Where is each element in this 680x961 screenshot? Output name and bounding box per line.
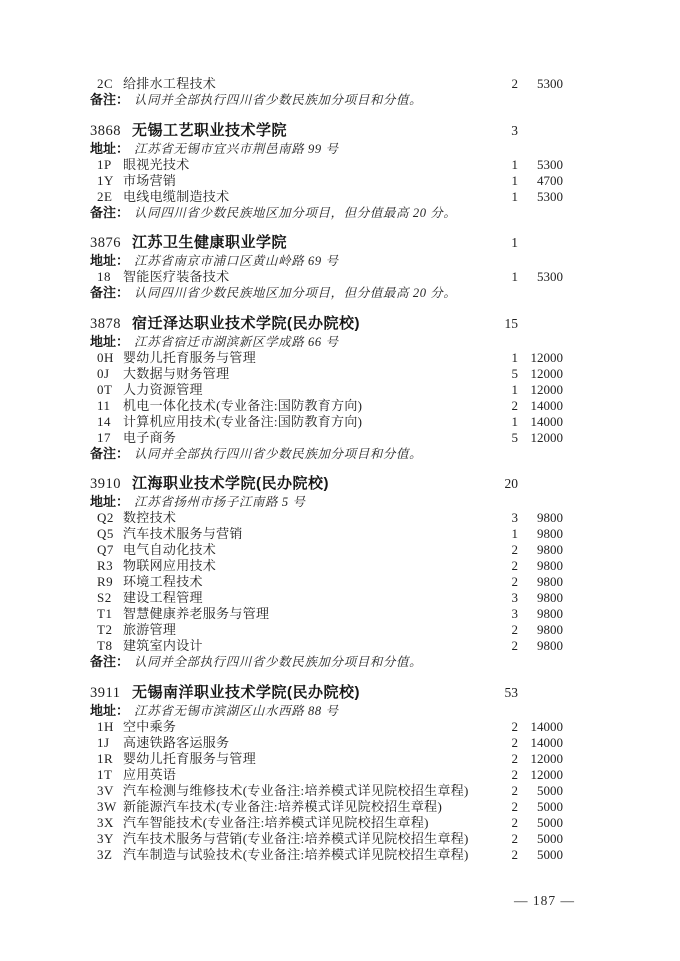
major-count: 1 bbox=[486, 382, 518, 398]
major-count: 2 bbox=[486, 767, 518, 783]
major-fee: 12000 bbox=[518, 350, 563, 366]
major-row: 3Y 汽车技术服务与营销(专业备注:培养模式详见院校招生章程) 2 5000 bbox=[90, 831, 563, 847]
major-code: 1H bbox=[97, 719, 117, 735]
school-header-row: 3876 江苏卫生健康职业学院 1 bbox=[90, 233, 563, 253]
major-code: Q5 bbox=[97, 526, 117, 542]
major-code: 11 bbox=[97, 398, 117, 414]
major-fee: 9800 bbox=[518, 590, 563, 606]
major-row: 0T 人力资源管理 1 12000 bbox=[90, 382, 563, 398]
address-text: 江苏省无锡市滨湖区山水西路 88 号 bbox=[134, 703, 339, 719]
major-fee: 9800 bbox=[518, 638, 563, 654]
address-label: 地址： bbox=[90, 334, 129, 350]
address-row: 地址： 江苏省无锡市滨湖区山水西路 88 号 bbox=[90, 703, 563, 719]
major-name: 空中乘务 bbox=[117, 719, 486, 735]
remark-label: 备注： bbox=[90, 205, 129, 222]
school-name: 江苏卫生健康职业学院 bbox=[132, 233, 486, 253]
major-name: 给排水工程技术 bbox=[117, 76, 486, 92]
major-name: 旅游管理 bbox=[117, 622, 486, 638]
major-row: 1J 高速铁路客运服务 2 14000 bbox=[90, 735, 563, 751]
major-count: 2 bbox=[486, 542, 518, 558]
remark-text: 认同并全部执行四川省少数民族加分项目和分值。 bbox=[134, 654, 422, 671]
major-name: 计算机应用技术(专业备注:国防教育方向) bbox=[117, 414, 486, 430]
school-plan-count: 53 bbox=[486, 683, 518, 703]
major-name: 汽车制造与试验技术(专业备注:培养模式详见院校招生章程) bbox=[117, 847, 486, 863]
major-count: 2 bbox=[486, 622, 518, 638]
major-count: 2 bbox=[486, 398, 518, 414]
major-code: 18 bbox=[97, 269, 117, 285]
major-name: 建设工程管理 bbox=[117, 590, 486, 606]
major-row: 17 电子商务 5 12000 bbox=[90, 430, 563, 446]
school-code: 3878 bbox=[90, 314, 124, 334]
major-fee: 9800 bbox=[518, 542, 563, 558]
school-plan-count: 1 bbox=[486, 233, 518, 253]
major-list: 1H 空中乘务 2 14000 1J 高速铁路客运服务 2 14000 1R 婴… bbox=[90, 719, 563, 863]
major-count: 2 bbox=[486, 783, 518, 799]
major-fee: 5000 bbox=[518, 815, 563, 831]
school-section: 3910 江海职业技术学院(民办院校) 20 地址： 江苏省扬州市扬子江南路 5… bbox=[90, 474, 563, 671]
major-fee: 9800 bbox=[518, 606, 563, 622]
major-code: R9 bbox=[97, 574, 117, 590]
major-row: 1T 应用英语 2 12000 bbox=[90, 767, 563, 783]
major-row: 1Y 市场营销 1 4700 bbox=[90, 173, 563, 189]
school-header-row: 3878 宿迁泽达职业技术学院(民办院校) 15 bbox=[90, 314, 563, 334]
address-row: 地址： 江苏省南京市浦口区黄山岭路 69 号 bbox=[90, 253, 563, 269]
major-code: S2 bbox=[97, 590, 117, 606]
school-code: 3868 bbox=[90, 121, 124, 141]
major-row: T1 智慧健康养老服务与管理 3 9800 bbox=[90, 606, 563, 622]
major-fee: 12000 bbox=[518, 430, 563, 446]
major-code: 17 bbox=[97, 430, 117, 446]
major-code: 3V bbox=[97, 783, 117, 799]
remark-text: 认同四川省少数民族地区加分项目，但分值最高 20 分。 bbox=[134, 205, 456, 222]
remark-text: 认同并全部执行四川省少数民族加分项目和分值。 bbox=[134, 446, 422, 463]
major-row: R3 物联网应用技术 2 9800 bbox=[90, 558, 563, 574]
major-count: 2 bbox=[486, 558, 518, 574]
major-name: 机电一体化技术(专业备注:国防教育方向) bbox=[117, 398, 486, 414]
major-count: 2 bbox=[486, 638, 518, 654]
major-row: Q2 数控技术 3 9800 bbox=[90, 510, 563, 526]
major-fee: 14000 bbox=[518, 398, 563, 414]
major-name: 眼视光技术 bbox=[117, 157, 486, 173]
major-row: Q5 汽车技术服务与营销 1 9800 bbox=[90, 526, 563, 542]
major-code: 1R bbox=[97, 751, 117, 767]
major-count: 3 bbox=[486, 606, 518, 622]
school-plan-count: 20 bbox=[486, 474, 518, 494]
school-header-row: 3910 江海职业技术学院(民办院校) 20 bbox=[90, 474, 563, 494]
major-count: 2 bbox=[486, 719, 518, 735]
major-row: 3W 新能源汽车技术(专业备注:培养模式详见院校招生章程) 2 5000 bbox=[90, 799, 563, 815]
major-row: 3X 汽车智能技术(专业备注:培养模式详见院校招生章程) 2 5000 bbox=[90, 815, 563, 831]
major-code: 2C bbox=[97, 76, 117, 92]
major-row: 14 计算机应用技术(专业备注:国防教育方向) 1 14000 bbox=[90, 414, 563, 430]
major-row: 0J 大数据与财务管理 5 12000 bbox=[90, 366, 563, 382]
major-row: T2 旅游管理 2 9800 bbox=[90, 622, 563, 638]
remark-label: 备注： bbox=[90, 446, 129, 463]
major-code: 2E bbox=[97, 189, 117, 205]
major-row: 2E 电线电缆制造技术 1 5300 bbox=[90, 189, 563, 205]
major-count: 2 bbox=[486, 815, 518, 831]
major-fee: 14000 bbox=[518, 414, 563, 430]
major-code: 0J bbox=[97, 366, 117, 382]
major-row: 11 机电一体化技术(专业备注:国防教育方向) 2 14000 bbox=[90, 398, 563, 414]
address-text: 江苏省扬州市扬子江南路 5 号 bbox=[134, 494, 306, 510]
address-label: 地址： bbox=[90, 494, 129, 510]
major-count: 1 bbox=[486, 189, 518, 205]
major-fee: 9800 bbox=[518, 526, 563, 542]
remark-row: 备注： 认同四川省少数民族地区加分项目，但分值最高 20 分。 bbox=[90, 205, 563, 222]
major-name: 汽车技术服务与营销 bbox=[117, 526, 486, 542]
school-plan-count: 15 bbox=[486, 314, 518, 334]
major-code: 3X bbox=[97, 815, 117, 831]
major-count: 3 bbox=[486, 590, 518, 606]
major-fee: 5300 bbox=[518, 269, 563, 285]
major-code: 0H bbox=[97, 350, 117, 366]
major-list: 1P 眼视光技术 1 5300 1Y 市场营销 1 4700 2E 电线电缆制造… bbox=[90, 157, 563, 205]
document-content: 2C 给排水工程技术 2 5300 备注：认同并全部执行四川省少数民族加分项目和… bbox=[90, 76, 563, 863]
major-name: 物联网应用技术 bbox=[117, 558, 486, 574]
major-name: 电气自动化技术 bbox=[117, 542, 486, 558]
major-row: 1R 婴幼儿托育服务与管理 2 12000 bbox=[90, 751, 563, 767]
address-text: 江苏省宿迁市湖滨新区学成路 66 号 bbox=[134, 334, 339, 350]
major-name: 高速铁路客运服务 bbox=[117, 735, 486, 751]
major-fee: 5300 bbox=[518, 157, 563, 173]
major-list: Q2 数控技术 3 9800 Q5 汽车技术服务与营销 1 9800 Q7 电气… bbox=[90, 510, 563, 654]
major-code: 3Z bbox=[97, 847, 117, 863]
major-code: R3 bbox=[97, 558, 117, 574]
major-count: 2 bbox=[486, 76, 518, 92]
major-name: 智慧健康养老服务与管理 bbox=[117, 606, 486, 622]
document-page: 2C 给排水工程技术 2 5300 备注：认同并全部执行四川省少数民族加分项目和… bbox=[0, 0, 680, 961]
school-plan-count: 3 bbox=[486, 121, 518, 141]
address-text: 江苏省南京市浦口区黄山岭路 69 号 bbox=[134, 253, 339, 269]
major-count: 2 bbox=[486, 751, 518, 767]
major-code: 1Y bbox=[97, 173, 117, 189]
remark-row: 备注： 认同并全部执行四川省少数民族加分项目和分值。 bbox=[90, 654, 563, 671]
major-list: 18 智能医疗装备技术 1 5300 bbox=[90, 269, 563, 285]
major-row: 2C 给排水工程技术 2 5300 bbox=[90, 76, 563, 92]
major-fee: 9800 bbox=[518, 510, 563, 526]
major-fee: 12000 bbox=[518, 767, 563, 783]
remark-text: 认同四川省少数民族地区加分项目，但分值最高 20 分。 bbox=[134, 285, 456, 302]
major-count: 2 bbox=[486, 799, 518, 815]
major-name: 大数据与财务管理 bbox=[117, 366, 486, 382]
major-code: T8 bbox=[97, 638, 117, 654]
school-name: 无锡工艺职业技术学院 bbox=[132, 121, 486, 141]
major-count: 1 bbox=[486, 350, 518, 366]
major-name: 汽车智能技术(专业备注:培养模式详见院校招生章程) bbox=[117, 815, 486, 831]
major-fee: 9800 bbox=[518, 622, 563, 638]
remark-label: 备注： bbox=[90, 285, 129, 302]
major-list: 0H 婴幼儿托育服务与管理 1 12000 0J 大数据与财务管理 5 1200… bbox=[90, 350, 563, 446]
major-fee: 4700 bbox=[518, 173, 563, 189]
major-fee: 9800 bbox=[518, 558, 563, 574]
major-name: 智能医疗装备技术 bbox=[117, 269, 486, 285]
school-name: 宿迁泽达职业技术学院(民办院校) bbox=[132, 314, 486, 334]
continued-section: 2C 给排水工程技术 2 5300 备注：认同并全部执行四川省少数民族加分项目和… bbox=[90, 76, 563, 109]
address-row: 地址： 江苏省无锡市宜兴市荆邑南路 99 号 bbox=[90, 141, 563, 157]
major-count: 1 bbox=[486, 526, 518, 542]
major-count: 2 bbox=[486, 847, 518, 863]
address-row: 地址： 江苏省扬州市扬子江南路 5 号 bbox=[90, 494, 563, 510]
school-header-row: 3911 无锡南洋职业技术学院(民办院校) 53 bbox=[90, 683, 563, 703]
remark-label: 备注： bbox=[90, 654, 129, 671]
school-code: 3910 bbox=[90, 474, 124, 494]
major-code: 3W bbox=[97, 799, 117, 815]
school-header-row: 3868 无锡工艺职业技术学院 3 bbox=[90, 121, 563, 141]
remark-row: 备注： 认同四川省少数民族地区加分项目，但分值最高 20 分。 bbox=[90, 285, 563, 302]
school-code: 3876 bbox=[90, 233, 124, 253]
major-name: 人力资源管理 bbox=[117, 382, 486, 398]
address-label: 地址： bbox=[90, 141, 129, 157]
school-section: 3876 江苏卫生健康职业学院 1 地址： 江苏省南京市浦口区黄山岭路 69 号… bbox=[90, 233, 563, 302]
major-fee: 5000 bbox=[518, 799, 563, 815]
major-fee: 14000 bbox=[518, 719, 563, 735]
major-count: 2 bbox=[486, 735, 518, 751]
major-count: 1 bbox=[486, 414, 518, 430]
school-sections: 3868 无锡工艺职业技术学院 3 地址： 江苏省无锡市宜兴市荆邑南路 99 号… bbox=[90, 121, 563, 863]
remark-label: 备注： bbox=[90, 92, 129, 109]
major-name: 建筑室内设计 bbox=[117, 638, 486, 654]
major-name: 应用英语 bbox=[117, 767, 486, 783]
school-name: 江海职业技术学院(民办院校) bbox=[132, 474, 486, 494]
major-count: 2 bbox=[486, 831, 518, 847]
major-fee: 9800 bbox=[518, 574, 563, 590]
major-count: 3 bbox=[486, 510, 518, 526]
major-code: Q2 bbox=[97, 510, 117, 526]
school-name: 无锡南洋职业技术学院(民办院校) bbox=[132, 683, 486, 703]
school-code: 3911 bbox=[90, 683, 124, 703]
major-name: 汽车技术服务与营销(专业备注:培养模式详见院校招生章程) bbox=[117, 831, 486, 847]
major-count: 5 bbox=[486, 366, 518, 382]
major-row: 18 智能医疗装备技术 1 5300 bbox=[90, 269, 563, 285]
major-fee: 12000 bbox=[518, 382, 563, 398]
major-name: 新能源汽车技术(专业备注:培养模式详见院校招生章程) bbox=[117, 799, 486, 815]
address-text: 江苏省无锡市宜兴市荆邑南路 99 号 bbox=[134, 141, 339, 157]
major-name: 电子商务 bbox=[117, 430, 486, 446]
major-row: 0H 婴幼儿托育服务与管理 1 12000 bbox=[90, 350, 563, 366]
major-name: 市场营销 bbox=[117, 173, 486, 189]
major-code: T1 bbox=[97, 606, 117, 622]
major-code: 0T bbox=[97, 382, 117, 398]
address-label: 地址： bbox=[90, 253, 129, 269]
remark-row: 备注：认同并全部执行四川省少数民族加分项目和分值。 bbox=[90, 92, 563, 109]
major-count: 1 bbox=[486, 269, 518, 285]
major-name: 汽车检测与维修技术(专业备注:培养模式详见院校招生章程) bbox=[117, 783, 486, 799]
major-fee: 14000 bbox=[518, 735, 563, 751]
major-row: T8 建筑室内设计 2 9800 bbox=[90, 638, 563, 654]
major-fee: 5300 bbox=[518, 76, 563, 92]
page-number: — 187 — bbox=[514, 893, 575, 909]
school-section: 3868 无锡工艺职业技术学院 3 地址： 江苏省无锡市宜兴市荆邑南路 99 号… bbox=[90, 121, 563, 222]
major-count: 1 bbox=[486, 157, 518, 173]
major-row: R9 环境工程技术 2 9800 bbox=[90, 574, 563, 590]
major-code: 14 bbox=[97, 414, 117, 430]
major-code: 1T bbox=[97, 767, 117, 783]
address-row: 地址： 江苏省宿迁市湖滨新区学成路 66 号 bbox=[90, 334, 563, 350]
major-row: S2 建设工程管理 3 9800 bbox=[90, 590, 563, 606]
major-count: 5 bbox=[486, 430, 518, 446]
major-fee: 5000 bbox=[518, 831, 563, 847]
major-row: 3V 汽车检测与维修技术(专业备注:培养模式详见院校招生章程) 2 5000 bbox=[90, 783, 563, 799]
major-row: 1H 空中乘务 2 14000 bbox=[90, 719, 563, 735]
school-section: 3878 宿迁泽达职业技术学院(民办院校) 15 地址： 江苏省宿迁市湖滨新区学… bbox=[90, 314, 563, 463]
major-count: 2 bbox=[486, 574, 518, 590]
major-fee: 12000 bbox=[518, 751, 563, 767]
major-fee: 5000 bbox=[518, 783, 563, 799]
major-fee: 5300 bbox=[518, 189, 563, 205]
major-code: 3Y bbox=[97, 831, 117, 847]
major-code: 1J bbox=[97, 735, 117, 751]
major-row: 1P 眼视光技术 1 5300 bbox=[90, 157, 563, 173]
major-row: 3Z 汽车制造与试验技术(专业备注:培养模式详见院校招生章程) 2 5000 bbox=[90, 847, 563, 863]
major-name: 电线电缆制造技术 bbox=[117, 189, 486, 205]
address-label: 地址： bbox=[90, 703, 129, 719]
major-code: Q7 bbox=[97, 542, 117, 558]
major-fee: 5000 bbox=[518, 847, 563, 863]
major-name: 婴幼儿托育服务与管理 bbox=[117, 751, 486, 767]
major-name: 数控技术 bbox=[117, 510, 486, 526]
major-code: T2 bbox=[97, 622, 117, 638]
major-name: 婴幼儿托育服务与管理 bbox=[117, 350, 486, 366]
major-code: 1P bbox=[97, 157, 117, 173]
major-row: Q7 电气自动化技术 2 9800 bbox=[90, 542, 563, 558]
remark-row: 备注： 认同并全部执行四川省少数民族加分项目和分值。 bbox=[90, 446, 563, 463]
major-count: 1 bbox=[486, 173, 518, 189]
major-fee: 12000 bbox=[518, 366, 563, 382]
major-name: 环境工程技术 bbox=[117, 574, 486, 590]
remark-text: 认同并全部执行四川省少数民族加分项目和分值。 bbox=[134, 92, 422, 109]
school-section: 3911 无锡南洋职业技术学院(民办院校) 53 地址： 江苏省无锡市滨湖区山水… bbox=[90, 683, 563, 863]
